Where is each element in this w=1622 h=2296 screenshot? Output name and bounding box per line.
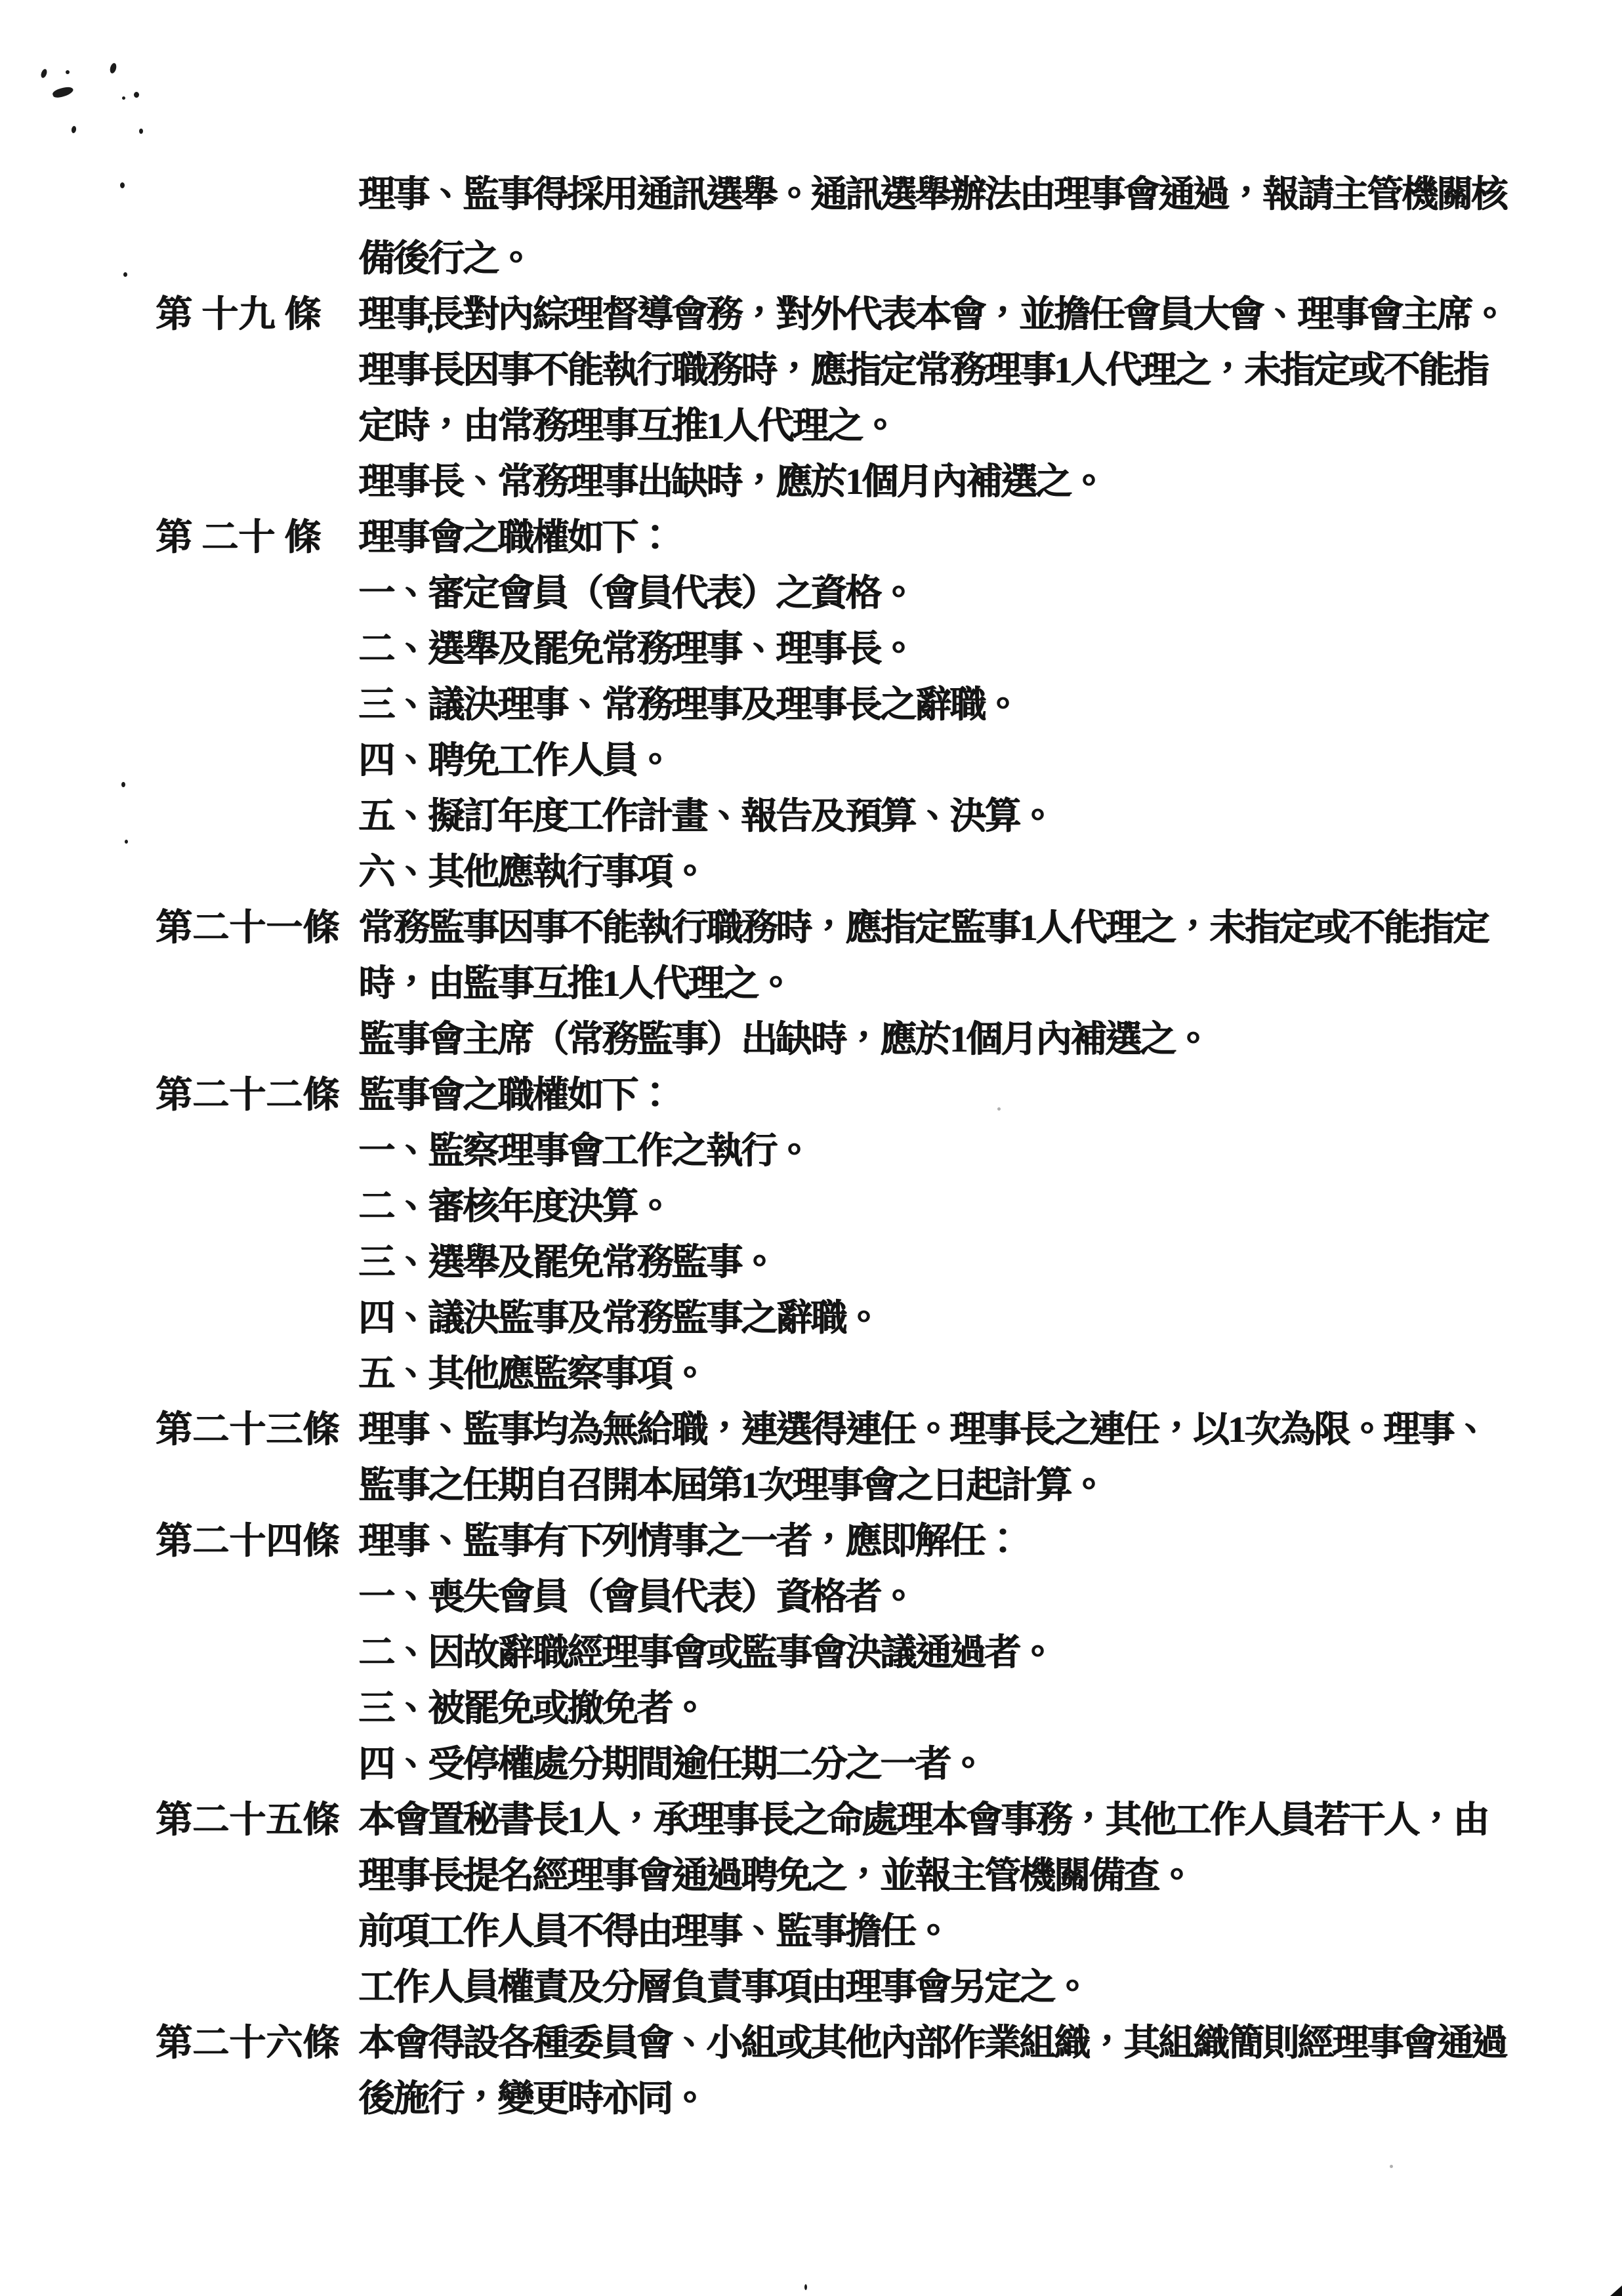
article-text: 五、擬訂年度工作計畫、報告及預算、決算。 <box>358 796 1054 837</box>
article-text: 時，由監事互推1人代理之。 <box>358 964 792 1004</box>
article-text: 理事、監事有下列情事之一者，應即解任： <box>358 1521 1019 1562</box>
article-text: 監事會主席（常務監事）出缺時，應於1個月內補選之。 <box>358 1019 1209 1060</box>
article-text: 前項工作人員不得由理事、監事擔任。 <box>358 1912 949 1952</box>
ink-speck <box>40 68 48 79</box>
ink-speck <box>71 125 77 133</box>
ink-speck <box>121 782 125 787</box>
article-text: 三、議決理事、常務理事及理事長之辭職。 <box>358 685 1019 726</box>
document-line: 第二十六條本會得設各種委員會、小組或其他內部作業組織，其組織簡則經理事會通過 <box>0 2016 1622 2072</box>
document-line: 監事之任期自召開本屆第1次理事會之日起計算。 <box>0 1458 1622 1514</box>
article-text: 理事、監事得採用通訊選舉。通訊選舉辦法由理事會通過，報請主管機關核 <box>358 174 1506 215</box>
article-text: 後施行，變更時亦同。 <box>358 2079 706 2120</box>
ink-speck <box>123 272 127 277</box>
article-text: 一、監察理事會工作之執行。 <box>358 1131 810 1172</box>
article-text: 理事長對內綜理督導會務，對外代表本會，並擔任會員大會、理事會主席。 <box>358 295 1506 335</box>
article-text: 四、受停權處分期間逾任期二分之一者。 <box>358 1744 984 1785</box>
article-number: 第二十一條 <box>156 901 339 956</box>
article-number: 第二十四條 <box>156 1514 339 1570</box>
ink-speck <box>122 96 125 100</box>
article-text: 二、選舉及罷免常務理事、理事長。 <box>358 629 915 670</box>
document-line: 第二十五條本會置秘書長1人，承理事長之命處理本會事務，其他工作人員若干人，由 <box>0 1793 1622 1849</box>
article-text: 本會得設各種委員會、小組或其他內部作業組織，其組織簡則經理事會通過 <box>358 2023 1506 2064</box>
document-line: 三、被罷免或撤免者。 <box>0 1681 1622 1737</box>
article-number: 第 二十 條 <box>156 510 321 566</box>
article-text: 監事之任期自召開本屆第1次理事會之日起計算。 <box>358 1466 1105 1506</box>
document-line: 第二十一條常務監事因事不能執行職務時，應指定監事1人代理之，未指定或不能指定 <box>0 901 1622 956</box>
document-line: 第 二十 條理事會之職權如下： <box>0 510 1622 566</box>
document-line: 四、議決監事及常務監事之辭職。 <box>0 1291 1622 1347</box>
article-number: 第二十二條 <box>156 1068 339 1124</box>
article-number: 第二十五條 <box>156 1793 339 1849</box>
ink-speck <box>1390 2165 1393 2168</box>
ink-speck <box>139 129 143 134</box>
article-text: 三、選舉及罷免常務監事。 <box>358 1242 776 1283</box>
document-line: 四、受停權處分期間逾任期二分之一者。 <box>0 1737 1622 1793</box>
document-line: 理事長、常務理事出缺時，應於1個月內補選之。 <box>0 455 1622 510</box>
document-line: 二、選舉及罷免常務理事、理事長。 <box>0 622 1622 678</box>
document-line: 四、聘免工作人員。 <box>0 733 1622 789</box>
document-line: 工作人員權責及分層負責事項由理事會另定之。 <box>0 1960 1622 2016</box>
document-line: 理事、監事得採用通訊選舉。通訊選舉辦法由理事會通過，報請主管機關核 <box>0 165 1622 232</box>
document-line: 五、其他應監察事項。 <box>0 1347 1622 1403</box>
article-text: 定時，由常務理事互推1人代理之。 <box>358 406 896 447</box>
article-number: 第二十三條 <box>156 1403 339 1458</box>
document-line: 六、其他應執行事項。 <box>0 845 1622 901</box>
article-text: 理事長因事不能執行職務時，應指定常務理事1人代理之，未指定或不能指 <box>358 350 1487 391</box>
article-text: 理事長、常務理事出缺時，應於1個月內補選之。 <box>358 462 1105 502</box>
article-text: 一、審定會員（會員代表）之資格。 <box>358 573 915 614</box>
article-text: 四、議決監事及常務監事之辭職。 <box>358 1298 880 1339</box>
document-line: 一、監察理事會工作之執行。 <box>0 1124 1622 1179</box>
document-line: 定時，由常務理事互推1人代理之。 <box>0 399 1622 455</box>
document-line: 二、審核年度決算。 <box>0 1179 1622 1235</box>
document-line: 理事長提名經理事會通過聘免之，並報主管機關備查。 <box>0 1849 1622 1904</box>
document-line: 理事長因事不能執行職務時，應指定常務理事1人代理之，未指定或不能指 <box>0 343 1622 399</box>
document-line: 時，由監事互推1人代理之。 <box>0 956 1622 1012</box>
ink-speck <box>134 92 139 98</box>
article-number: 第 十九 條 <box>156 287 321 343</box>
document-line: 監事會主席（常務監事）出缺時，應於1個月內補選之。 <box>0 1012 1622 1068</box>
article-text: 一、喪失會員（會員代表）資格者。 <box>358 1577 915 1618</box>
ink-speck <box>997 1107 1001 1111</box>
article-text: 理事會之職權如下： <box>358 518 671 558</box>
article-text: 五、其他應監察事項。 <box>358 1354 706 1395</box>
document-line: 五、擬訂年度工作計畫、報告及預算、決算。 <box>0 789 1622 845</box>
article-text: 監事會之職權如下： <box>358 1075 671 1116</box>
article-text: 本會置秘書長1人，承理事長之命處理本會事務，其他工作人員若干人，由 <box>358 1800 1487 1841</box>
document-line: 二、因故辭職經理事會或監事會決議通過者。 <box>0 1626 1622 1681</box>
document-line: 第二十二條監事會之職權如下： <box>0 1068 1622 1124</box>
article-text: 二、審核年度決算。 <box>358 1187 671 1227</box>
article-text: 六、其他應執行事項。 <box>358 852 706 893</box>
document-line: 一、審定會員（會員代表）之資格。 <box>0 566 1622 622</box>
document-line: 第二十三條理事、監事均為無給職，連選得連任。理事長之連任，以1次為限。理事、 <box>0 1403 1622 1458</box>
document-line: 第二十四條理事、監事有下列情事之一者，應即解任： <box>0 1514 1622 1570</box>
article-text: 三、被罷免或撤免者。 <box>358 1689 706 1729</box>
document-line: 後施行，變更時亦同。 <box>0 2072 1622 2127</box>
document-line: 一、喪失會員（會員代表）資格者。 <box>0 1570 1622 1626</box>
ink-speck <box>125 840 128 844</box>
ink-speck <box>109 62 117 74</box>
document-line: 備後行之。 <box>0 232 1622 287</box>
article-text: 四、聘免工作人員。 <box>358 741 671 781</box>
article-text: 工作人員權責及分層負責事項由理事會另定之。 <box>358 1967 1089 2008</box>
article-text: 二、因故辭職經理事會或監事會決議通過者。 <box>358 1633 1054 1673</box>
article-text: 備後行之。 <box>358 239 532 279</box>
article-text: 理事長提名經理事會通過聘免之，並報主管機關備查。 <box>358 1856 1193 1896</box>
scanned-document-page: 理事、監事得採用通訊選舉。通訊選舉辦法由理事會通過，報請主管機關核備後行之。第 … <box>0 0 1622 2296</box>
article-text: 理事、監事均為無給職，連選得連任。理事長之連任，以1次為限。理事、 <box>358 1410 1487 1450</box>
article-number: 第二十六條 <box>156 2016 339 2072</box>
document-body: 理事、監事得採用通訊選舉。通訊選舉辦法由理事會通過，報請主管機關核備後行之。第 … <box>0 165 1622 2127</box>
page-corner-mark <box>1610 2286 1622 2296</box>
document-line: 三、議決理事、常務理事及理事長之辭職。 <box>0 678 1622 733</box>
ink-speck <box>120 182 125 188</box>
ink-speck <box>66 70 70 74</box>
ink-speck <box>804 2284 807 2290</box>
document-line: 前項工作人員不得由理事、監事擔任。 <box>0 1904 1622 1960</box>
ink-speck <box>52 85 74 99</box>
document-line: 第 十九 條理事長對內綜理督導會務，對外代表本會，並擔任會員大會、理事會主席。 <box>0 287 1622 343</box>
article-text: 常務監事因事不能執行職務時，應指定監事1人代理之，未指定或不能指定 <box>358 908 1487 949</box>
document-line: 三、選舉及罷免常務監事。 <box>0 1235 1622 1291</box>
